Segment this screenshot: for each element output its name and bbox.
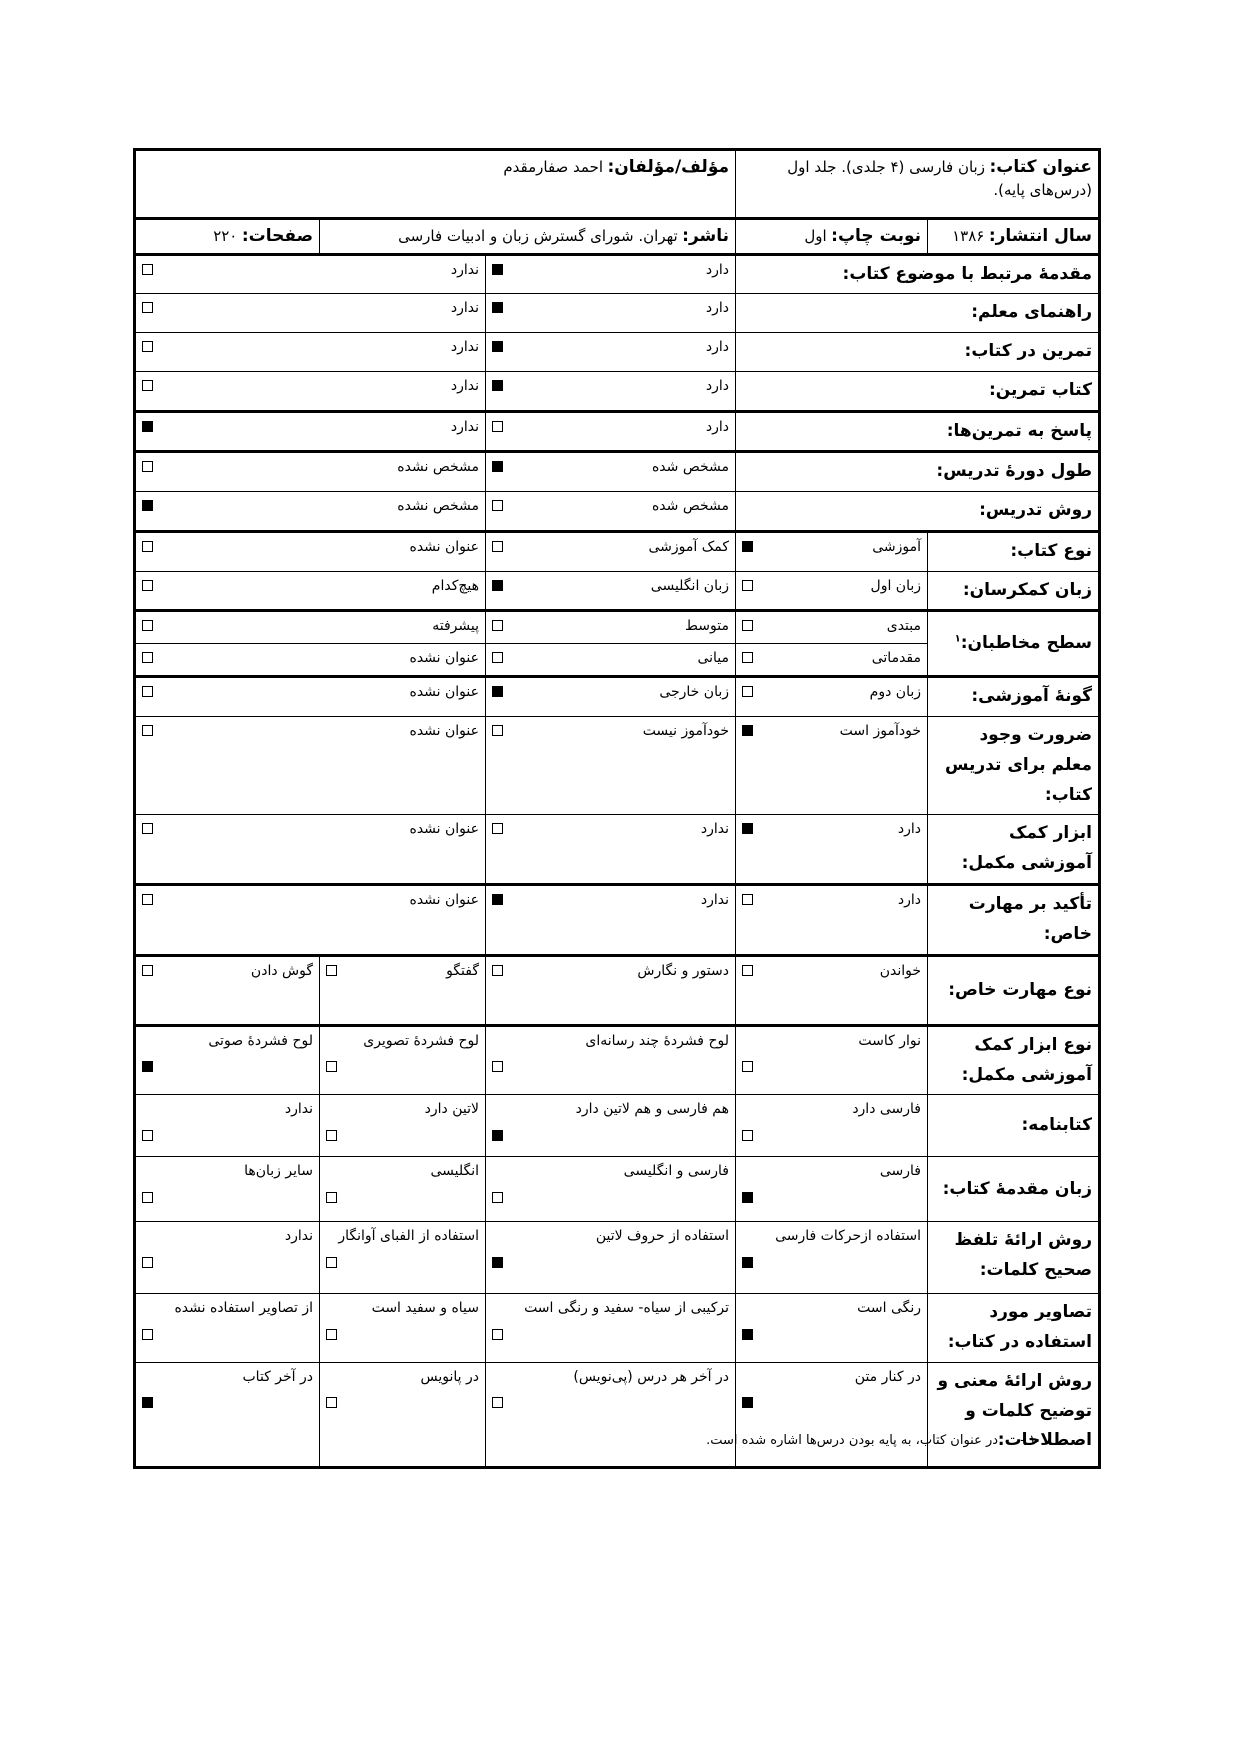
- option-cell: ندارد: [134, 411, 485, 452]
- checked-checkbox-icon[interactable]: [492, 1257, 503, 1268]
- option[interactable]: خواندن: [742, 961, 921, 981]
- row-label-text: زبان کمکرسان:: [963, 580, 1092, 600]
- option-cell: لوح فشردهٔ صوتی: [134, 1025, 319, 1095]
- checked-checkbox-icon[interactable]: [492, 302, 503, 313]
- table-row: روش تدریس:مشخص شدهمشخص نشده: [134, 492, 1099, 532]
- publisher-label: ناشر:: [682, 226, 729, 246]
- option-label: دارد: [706, 337, 729, 357]
- year-value: ۱۳۸۶: [952, 227, 984, 245]
- option-label: خواندن: [880, 961, 921, 981]
- option-cell: عنوان نشده: [134, 717, 485, 815]
- option-cell: لاتین دارد: [320, 1095, 486, 1157]
- option[interactable]: مشخص شده: [492, 496, 729, 516]
- row-label: سطح مخاطبان:۱: [928, 611, 1100, 677]
- option[interactable]: دارد: [742, 819, 921, 839]
- option-label: سایر زبان‌ها: [244, 1161, 313, 1181]
- option-label: دارد: [706, 260, 729, 280]
- option-cell: عنوان نشده: [134, 644, 485, 677]
- row-label-text: کتابنامه:: [1021, 1115, 1092, 1135]
- row-label: راهنمای معلم:: [736, 294, 1100, 333]
- row-label-text: نوع ابزار کمک آموزشی مکمل:: [962, 1035, 1092, 1085]
- option-label: رنگی است: [857, 1298, 921, 1318]
- option-cell: متوسط: [486, 611, 736, 644]
- unchecked-checkbox-icon[interactable]: [742, 652, 753, 663]
- unchecked-checkbox-icon[interactable]: [492, 500, 503, 511]
- checked-checkbox-icon[interactable]: [742, 1397, 753, 1408]
- unchecked-checkbox-icon[interactable]: [142, 380, 153, 391]
- row-label: ضرورت وجود معلم برای تدریس کتاب:: [928, 717, 1100, 815]
- option-label: ندارد: [701, 819, 729, 839]
- option[interactable]: هیچ‌کدام: [142, 576, 479, 596]
- option[interactable]: دارد: [492, 337, 729, 357]
- option-label: لوح فشردهٔ تصویری: [363, 1031, 479, 1051]
- table-row: راهنمای معلم:داردندارد: [134, 294, 1099, 333]
- checked-checkbox-icon[interactable]: [742, 1329, 753, 1340]
- checked-checkbox-icon[interactable]: [492, 1130, 503, 1141]
- option-label: دارد: [706, 298, 729, 318]
- checked-checkbox-icon[interactable]: [492, 686, 503, 697]
- pages-cell: صفحات: ۲۲۰: [134, 219, 319, 255]
- unchecked-checkbox-icon[interactable]: [492, 541, 503, 552]
- option[interactable]: دستور و نگارش: [492, 961, 729, 981]
- pages-value: ۲۲۰: [213, 227, 237, 245]
- option[interactable]: مقدماتی: [742, 648, 921, 668]
- option-label: استفاده از حروف لاتین: [596, 1226, 729, 1246]
- option[interactable]: عنوان نشده: [142, 537, 479, 557]
- unchecked-checkbox-icon[interactable]: [326, 1192, 337, 1203]
- option[interactable]: ندارد: [142, 376, 479, 396]
- option-cell: زبان انگلیسی: [486, 571, 736, 611]
- unchecked-checkbox-icon[interactable]: [492, 652, 503, 663]
- unchecked-checkbox-icon[interactable]: [142, 620, 153, 631]
- option[interactable]: سایر زبان‌ها: [142, 1161, 313, 1202]
- option[interactable]: مشخص نشده: [142, 457, 479, 477]
- option-cell: مشخص نشده: [134, 492, 485, 532]
- unchecked-checkbox-icon[interactable]: [492, 1329, 503, 1340]
- unchecked-checkbox-icon[interactable]: [492, 620, 503, 631]
- option-label: ندارد: [451, 298, 479, 318]
- option[interactable]: زبان اول: [742, 576, 921, 596]
- option-label: مشخص شده: [652, 496, 729, 516]
- unchecked-checkbox-icon[interactable]: [742, 580, 753, 591]
- option-cell: آموزشی: [736, 531, 928, 571]
- option-label: هیچ‌کدام: [432, 576, 479, 596]
- option[interactable]: فارسی: [742, 1161, 921, 1202]
- option[interactable]: کمک آموزشی: [492, 537, 729, 557]
- checked-checkbox-icon[interactable]: [142, 1061, 153, 1072]
- table-row: نوع ابزار کمک آموزشی مکمل:نوار کاستلوح ف…: [134, 1025, 1099, 1095]
- unchecked-checkbox-icon[interactable]: [742, 1130, 753, 1141]
- option-label: زبان خارجی: [659, 682, 729, 702]
- footnote-text: در عنوان کتاب، به پایه بودن درس‌ها اشاره…: [706, 1433, 998, 1448]
- unchecked-checkbox-icon[interactable]: [742, 965, 753, 976]
- option-cell: از تصاویر استفاده نشده: [134, 1294, 319, 1363]
- checked-checkbox-icon[interactable]: [742, 541, 753, 552]
- option[interactable]: نوار کاست: [742, 1031, 921, 1072]
- option-label: هم فارسی و هم لاتین دارد: [576, 1099, 729, 1119]
- row-label-text: زبان مقدمهٔ کتاب:: [943, 1179, 1092, 1199]
- row-label: روش تدریس:: [736, 492, 1100, 532]
- option[interactable]: آموزشی: [742, 537, 921, 557]
- option-cell: کمک آموزشی: [486, 531, 736, 571]
- row-label: تأکید بر مهارت خاص:: [928, 884, 1100, 955]
- table-row: نوع کتاب:آموزشیکمک آموزشیعنوان نشده: [134, 531, 1099, 571]
- option[interactable]: عنوان نشده: [142, 648, 479, 668]
- checked-checkbox-icon[interactable]: [742, 823, 753, 834]
- option[interactable]: فارسی و انگلیسی: [492, 1161, 729, 1202]
- unchecked-checkbox-icon[interactable]: [742, 686, 753, 697]
- option-label: در پانویس: [421, 1367, 479, 1387]
- option[interactable]: استفاده ازحرکات فارسی: [742, 1226, 921, 1267]
- option[interactable]: از تصاویر استفاده نشده: [142, 1298, 313, 1339]
- pages-label: صفحات:: [242, 226, 313, 246]
- option-label: فارسی دارد: [852, 1099, 921, 1119]
- row-label-text: تأکید بر مهارت خاص:: [969, 894, 1092, 944]
- option-cell: خواندن: [736, 955, 928, 1025]
- option[interactable]: در کنار متن: [742, 1367, 921, 1408]
- option-label: عنوان نشده: [409, 682, 479, 702]
- option[interactable]: ندارد: [142, 260, 479, 280]
- row-label: تمرین در کتاب:: [736, 333, 1100, 372]
- table-row: زبان مقدمهٔ کتاب:فارسیفارسی و انگلیسیانگ…: [134, 1157, 1099, 1222]
- option[interactable]: مبتدی: [742, 616, 921, 636]
- option-label: متوسط: [685, 616, 729, 636]
- unchecked-checkbox-icon[interactable]: [326, 1061, 337, 1072]
- option[interactable]: عنوان نشده: [142, 819, 479, 839]
- unchecked-checkbox-icon[interactable]: [142, 652, 153, 663]
- option[interactable]: ندارد: [142, 1099, 313, 1140]
- option-cell: عنوان نشده: [134, 531, 485, 571]
- row-label: تصاویر مورد استفاده در کتاب:: [928, 1294, 1100, 1363]
- publisher-cell: ناشر: تهران. شورای گسترش زبان و ادبیات ف…: [320, 219, 736, 255]
- option-label: استفاده ازحرکات فارسی: [775, 1226, 921, 1246]
- unchecked-checkbox-icon[interactable]: [492, 421, 503, 432]
- row-label-text: تمرین در کتاب:: [965, 341, 1092, 361]
- unchecked-checkbox-icon[interactable]: [326, 1329, 337, 1340]
- option-label: مشخص شده: [652, 457, 729, 477]
- checked-checkbox-icon[interactable]: [492, 380, 503, 391]
- option[interactable]: ندارد: [142, 1226, 313, 1267]
- option-label: لاتین دارد: [425, 1099, 479, 1119]
- option[interactable]: در آخر هر درس (پی‌نویس): [492, 1367, 729, 1408]
- option[interactable]: گفتگو: [326, 961, 479, 981]
- unchecked-checkbox-icon[interactable]: [142, 541, 153, 552]
- unchecked-checkbox-icon[interactable]: [492, 1397, 503, 1408]
- option-cell: ندارد: [134, 1095, 319, 1157]
- option-label: در آخر هر درس (پی‌نویس): [573, 1367, 729, 1387]
- table-row: مقدمهٔ مرتبط با موضوع کتاب:داردندارد: [134, 254, 1099, 294]
- checked-checkbox-icon[interactable]: [142, 421, 153, 432]
- option-label: زبان دوم: [870, 682, 921, 702]
- option-label: مبتدی: [887, 616, 921, 636]
- unchecked-checkbox-icon[interactable]: [742, 620, 753, 631]
- option-label: لوح فشردهٔ چند رسانه‌ای: [585, 1031, 729, 1051]
- table-row: ضرورت وجود معلم برای تدریس کتاب:خودآموز …: [134, 717, 1099, 815]
- option-label: ندارد: [701, 890, 729, 910]
- option[interactable]: دارد: [742, 890, 921, 910]
- option[interactable]: میانی: [492, 648, 729, 668]
- checked-checkbox-icon[interactable]: [742, 1257, 753, 1268]
- option[interactable]: زبان دوم: [742, 682, 921, 702]
- unchecked-checkbox-icon[interactable]: [142, 823, 153, 834]
- option-cell: دارد: [486, 254, 736, 294]
- row-label: روش ارائهٔ معنی و توضیح کلمات و اصطلاحات…: [928, 1362, 1100, 1467]
- table-row: روش ارائهٔ معنی و توضیح کلمات و اصطلاحات…: [134, 1362, 1099, 1467]
- checked-checkbox-icon[interactable]: [492, 341, 503, 352]
- option[interactable]: دارد: [492, 417, 729, 437]
- option-cell: دارد: [736, 884, 928, 955]
- option-cell: فارسی و انگلیسی: [486, 1157, 736, 1222]
- checked-checkbox-icon[interactable]: [492, 461, 503, 472]
- table-row: ابزار کمک آموزشی مکمل:داردنداردعنوان نشد…: [134, 815, 1099, 885]
- option[interactable]: هم فارسی و هم لاتین دارد: [492, 1099, 729, 1140]
- option[interactable]: مشخص نشده: [142, 496, 479, 516]
- unchecked-checkbox-icon[interactable]: [142, 686, 153, 697]
- unchecked-checkbox-icon[interactable]: [492, 1192, 503, 1203]
- row-label: روش ارائهٔ تلفظ صحیح کلمات:: [928, 1222, 1100, 1294]
- checked-checkbox-icon[interactable]: [492, 580, 503, 591]
- row-label: زبان کمکرسان:: [928, 571, 1100, 611]
- option-label: ندارد: [451, 376, 479, 396]
- option[interactable]: در آخر کتاب: [142, 1367, 313, 1408]
- option-label: عنوان نشده: [409, 537, 479, 557]
- option-label: فارسی: [880, 1161, 921, 1181]
- row-label-text: نوع کتاب:: [1010, 541, 1092, 561]
- option-cell: مشخص شده: [486, 452, 736, 492]
- option-cell: دارد: [486, 294, 736, 333]
- option-label: عنوان نشده: [409, 890, 479, 910]
- option-cell: ندارد: [134, 371, 485, 411]
- option[interactable]: ندارد: [142, 417, 479, 437]
- unchecked-checkbox-icon[interactable]: [142, 1130, 153, 1141]
- row-label-text: طول دورهٔ تدریس:: [936, 461, 1092, 481]
- option[interactable]: پیشرفته: [142, 616, 479, 636]
- option-cell: انگلیسی: [320, 1157, 486, 1222]
- option[interactable]: ندارد: [142, 337, 479, 357]
- option-cell: گفتگو: [320, 955, 486, 1025]
- checked-checkbox-icon[interactable]: [742, 1192, 753, 1203]
- row-label: ابزار کمک آموزشی مکمل:: [928, 815, 1100, 885]
- row-label-text: ابزار کمک آموزشی مکمل:: [962, 823, 1092, 873]
- option[interactable]: عنوان نشده: [142, 890, 479, 910]
- option[interactable]: عنوان نشده: [142, 682, 479, 702]
- row-label-text: سطح مخاطبان:: [961, 633, 1092, 653]
- option[interactable]: سیاه و سفید است: [326, 1298, 479, 1339]
- option-label: در کنار متن: [855, 1367, 921, 1387]
- unchecked-checkbox-icon[interactable]: [142, 725, 153, 736]
- option-label: ندارد: [451, 260, 479, 280]
- table-row: نوع مهارت خاص:خواندندستور و نگارشگفتگوگو…: [134, 955, 1099, 1025]
- option[interactable]: لاتین دارد: [326, 1099, 479, 1140]
- option-label: کمک آموزشی: [648, 537, 729, 557]
- option-cell: عنوان نشده: [134, 884, 485, 955]
- option[interactable]: زبان انگلیسی: [492, 576, 729, 596]
- option[interactable]: رنگی است: [742, 1298, 921, 1339]
- option-cell: زبان دوم: [736, 677, 928, 717]
- option-cell: میانی: [486, 644, 736, 677]
- option[interactable]: در پانویس: [326, 1367, 479, 1408]
- option-cell: عنوان نشده: [134, 815, 485, 885]
- checked-checkbox-icon[interactable]: [492, 264, 503, 275]
- option-label: دارد: [706, 376, 729, 396]
- title-label: عنوان کتاب:: [989, 157, 1092, 177]
- unchecked-checkbox-icon[interactable]: [742, 1061, 753, 1072]
- option-cell: ندارد: [134, 254, 485, 294]
- unchecked-checkbox-icon[interactable]: [326, 1257, 337, 1268]
- option-cell: دارد: [736, 815, 928, 885]
- option[interactable]: مشخص شده: [492, 457, 729, 477]
- edition-cell: نوبت چاپ: اول: [736, 219, 928, 255]
- option[interactable]: دارد: [492, 298, 729, 318]
- option[interactable]: لوح فشردهٔ چند رسانه‌ای: [492, 1031, 729, 1072]
- row-label: کتابنامه:: [928, 1095, 1100, 1157]
- author-value: احمد صفارمقدم: [503, 158, 603, 176]
- option[interactable]: استفاده از حروف لاتین: [492, 1226, 729, 1267]
- option-cell: سیاه و سفید است: [320, 1294, 486, 1363]
- edition-value: اول: [804, 227, 826, 245]
- row-label-text: ضرورت وجود معلم برای تدریس کتاب:: [945, 725, 1092, 805]
- unchecked-checkbox-icon[interactable]: [492, 965, 503, 976]
- option-label: دستور و نگارش: [637, 961, 729, 981]
- table-row: کتابنامه:فارسی داردهم فارسی و هم لاتین د…: [134, 1095, 1099, 1157]
- option-cell: مقدماتی: [736, 644, 928, 677]
- publisher-value: تهران. شورای گسترش زبان و ادبیات فارسی: [398, 227, 678, 245]
- row-label: مقدمهٔ مرتبط با موضوع کتاب:: [736, 254, 1100, 294]
- checked-checkbox-icon[interactable]: [742, 725, 753, 736]
- option[interactable]: استفاده از الفبای آوانگار: [326, 1226, 479, 1267]
- unchecked-checkbox-icon[interactable]: [742, 894, 753, 905]
- row-label-text: راهنمای معلم:: [971, 302, 1092, 322]
- unchecked-checkbox-icon[interactable]: [142, 1257, 153, 1268]
- footnote: ۱ - در عنوان کتاب، به پایه بودن درس‌ها ا…: [706, 1433, 1036, 1448]
- row-label: نوع کتاب:: [928, 531, 1100, 571]
- row-label: زبان مقدمهٔ کتاب:: [928, 1157, 1100, 1222]
- row-label-text: تصاویر مورد استفاده در کتاب:: [948, 1302, 1092, 1352]
- option-label: لوح فشردهٔ صوتی: [208, 1031, 313, 1051]
- option[interactable]: دارد: [492, 376, 729, 396]
- row-label: نوع ابزار کمک آموزشی مکمل:: [928, 1025, 1100, 1095]
- unchecked-checkbox-icon[interactable]: [142, 1192, 153, 1203]
- option-cell: ندارد: [134, 333, 485, 372]
- option[interactable]: خودآموز است: [742, 721, 921, 741]
- unchecked-checkbox-icon[interactable]: [142, 461, 153, 472]
- row-label-text: نوع مهارت خاص:: [948, 980, 1092, 1000]
- option[interactable]: ترکیبی از سیاه- سفید و رنگی است: [492, 1298, 729, 1339]
- option[interactable]: زبان خارجی: [492, 682, 729, 702]
- checked-checkbox-icon[interactable]: [492, 894, 503, 905]
- option-cell: در آخر هر درس (پی‌نویس): [486, 1362, 736, 1467]
- option-label: عنوان نشده: [409, 721, 479, 741]
- option-label: استفاده از الفبای آوانگار: [338, 1226, 479, 1246]
- option-label: فارسی و انگلیسی: [624, 1161, 729, 1181]
- table-row: روش ارائهٔ تلفظ صحیح کلمات:استفاده ازحرک…: [134, 1222, 1099, 1294]
- option-cell: هم فارسی و هم لاتین دارد: [486, 1095, 736, 1157]
- row-label-text: مقدمهٔ مرتبط با موضوع کتاب:: [843, 264, 1092, 284]
- option-cell: دارد: [486, 411, 736, 452]
- option-cell: مشخص نشده: [134, 452, 485, 492]
- option-label: مشخص نشده: [397, 457, 479, 477]
- unchecked-checkbox-icon[interactable]: [492, 823, 503, 834]
- option[interactable]: گوش دادن: [142, 961, 313, 981]
- unchecked-checkbox-icon[interactable]: [326, 1130, 337, 1141]
- option-label: پیشرفته: [432, 616, 479, 636]
- option-cell: در کنار متن: [736, 1362, 928, 1467]
- unchecked-checkbox-icon[interactable]: [142, 1329, 153, 1340]
- option-cell: سایر زبان‌ها: [134, 1157, 319, 1222]
- option[interactable]: فارسی دارد: [742, 1099, 921, 1140]
- option[interactable]: ندارد: [492, 890, 729, 910]
- option[interactable]: لوح فشردهٔ صوتی: [142, 1031, 313, 1072]
- evaluation-table: عنوان کتاب: زبان فارسی (۴ جلدی). جلد اول…: [133, 148, 1101, 1469]
- option-label: خودآموز است: [840, 721, 921, 741]
- unchecked-checkbox-icon[interactable]: [142, 341, 153, 352]
- row-label-text: کتاب تمرین:: [989, 380, 1092, 400]
- option-cell: ندارد: [134, 294, 485, 333]
- unchecked-checkbox-icon[interactable]: [326, 965, 337, 976]
- option-cell: استفاده از الفبای آوانگار: [320, 1222, 486, 1294]
- row-label-text: گونهٔ آموزشی:: [971, 686, 1092, 706]
- row-label: نوع مهارت خاص:: [928, 955, 1100, 1025]
- table-row: کتاب تمرین:داردندارد: [134, 371, 1099, 411]
- option-cell: لوح فشردهٔ تصویری: [320, 1025, 486, 1095]
- table-row: زبان کمکرسان:زبان اولزبان انگلیسیهیچ‌کدا…: [134, 571, 1099, 611]
- option[interactable]: ندارد: [142, 298, 479, 318]
- checked-checkbox-icon[interactable]: [142, 1397, 153, 1408]
- option-label: عنوان نشده: [409, 648, 479, 668]
- option-cell: هیچ‌کدام: [134, 571, 485, 611]
- checked-checkbox-icon[interactable]: [142, 500, 153, 511]
- option-cell: نوار کاست: [736, 1025, 928, 1095]
- option-cell: گوش دادن: [134, 955, 319, 1025]
- option-cell: زبان خارجی: [486, 677, 736, 717]
- option-label: زبان اول: [871, 576, 921, 596]
- author-label: مؤلف/مؤلفان:: [607, 157, 729, 177]
- option[interactable]: متوسط: [492, 616, 729, 636]
- option-cell: دارد: [486, 333, 736, 372]
- option[interactable]: ندارد: [492, 819, 729, 839]
- unchecked-checkbox-icon[interactable]: [326, 1397, 337, 1408]
- option-label: ندارد: [285, 1226, 313, 1246]
- unchecked-checkbox-icon[interactable]: [142, 264, 153, 275]
- option[interactable]: انگلیسی: [326, 1161, 479, 1202]
- unchecked-checkbox-icon[interactable]: [142, 965, 153, 976]
- option-cell: مشخص شده: [486, 492, 736, 532]
- option-cell: استفاده ازحرکات فارسی: [736, 1222, 928, 1294]
- unchecked-checkbox-icon[interactable]: [142, 580, 153, 591]
- option-label: دارد: [706, 417, 729, 437]
- unchecked-checkbox-icon[interactable]: [492, 1061, 503, 1072]
- table-row: گونهٔ آموزشی:زبان دومزبان خارجیعنوان نشد…: [134, 677, 1099, 717]
- unchecked-checkbox-icon[interactable]: [142, 894, 153, 905]
- option-label: گوش دادن: [251, 961, 313, 981]
- option-cell: ترکیبی از سیاه- سفید و رنگی است: [486, 1294, 736, 1363]
- row-label-text: روش ارائهٔ تلفظ صحیح کلمات:: [954, 1230, 1092, 1280]
- option-cell: ندارد: [134, 1222, 319, 1294]
- option[interactable]: لوح فشردهٔ تصویری: [326, 1031, 479, 1072]
- option-cell: زبان اول: [736, 571, 928, 611]
- option[interactable]: خودآموز نیست: [492, 721, 729, 741]
- option[interactable]: عنوان نشده: [142, 721, 479, 741]
- option-label: ندارد: [451, 417, 479, 437]
- unchecked-checkbox-icon[interactable]: [142, 302, 153, 313]
- option-label: دارد: [898, 819, 921, 839]
- unchecked-checkbox-icon[interactable]: [492, 725, 503, 736]
- option[interactable]: دارد: [492, 260, 729, 280]
- title-cell: عنوان کتاب: زبان فارسی (۴ جلدی). جلد اول…: [736, 150, 1100, 219]
- option-label: انگلیسی: [430, 1161, 479, 1181]
- option-label: آموزشی: [872, 537, 921, 557]
- option-cell: خودآموز نیست: [486, 717, 736, 815]
